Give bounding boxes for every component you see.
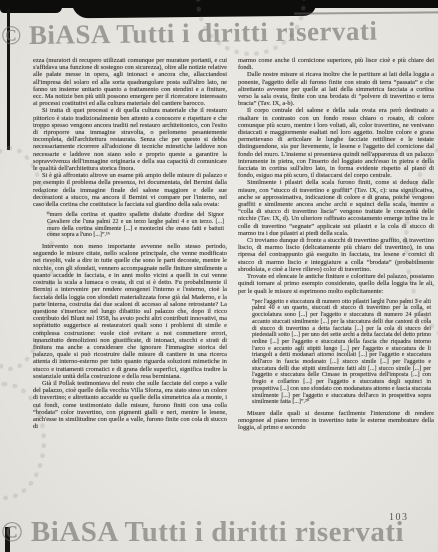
- paragraph: marmo come anche il cornicione superiore…: [238, 57, 434, 71]
- block-quote: “muro della cortina et quattro spallette…: [47, 212, 224, 239]
- paragraph: Già il Pollak testimoniava del resto che…: [33, 380, 227, 430]
- paragraph: Intervento non meno importante avvenne n…: [33, 243, 227, 380]
- scanned-book-page: © BiASA Tutti i diritti riservati ezza (…: [0, 0, 438, 552]
- paragraph: Dalle nostre misure si ricava inoltre ch…: [238, 71, 434, 107]
- paragraph: Similmente i pilastri della scala furono…: [238, 179, 434, 237]
- watermark-top: © BiASA Tutti i diritti riservati: [1, 16, 378, 52]
- paragraph: Si è già affrontato altrove un esame più…: [33, 172, 227, 208]
- paragraph: Il corpo centrale del salone e della sal…: [238, 107, 434, 179]
- text-column-left: ezza (muratori di recupero utilizzati co…: [33, 57, 227, 508]
- paragraph: Trovate ed elencate le antiche finiture …: [238, 273, 434, 295]
- scan-top-hairline: [294, 11, 438, 14]
- paragraph: ezza (muratori di recupero utilizzati co…: [33, 57, 227, 107]
- text-column-right: marmo come anche il cornicione superiore…: [238, 57, 434, 508]
- paragraph: Misure dalle quali si desume facilmente …: [238, 410, 434, 432]
- paragraph: Ci troviamo dunque di fronte a stucchi d…: [238, 237, 434, 273]
- paragraph: Si tratta di quei processi e di quella c…: [33, 107, 227, 172]
- block-quote: “per l'aggetto e stuccatura di numero ot…: [252, 299, 431, 406]
- watermark-bottom: © BiASA Tutti i diritti riservati: [1, 516, 404, 549]
